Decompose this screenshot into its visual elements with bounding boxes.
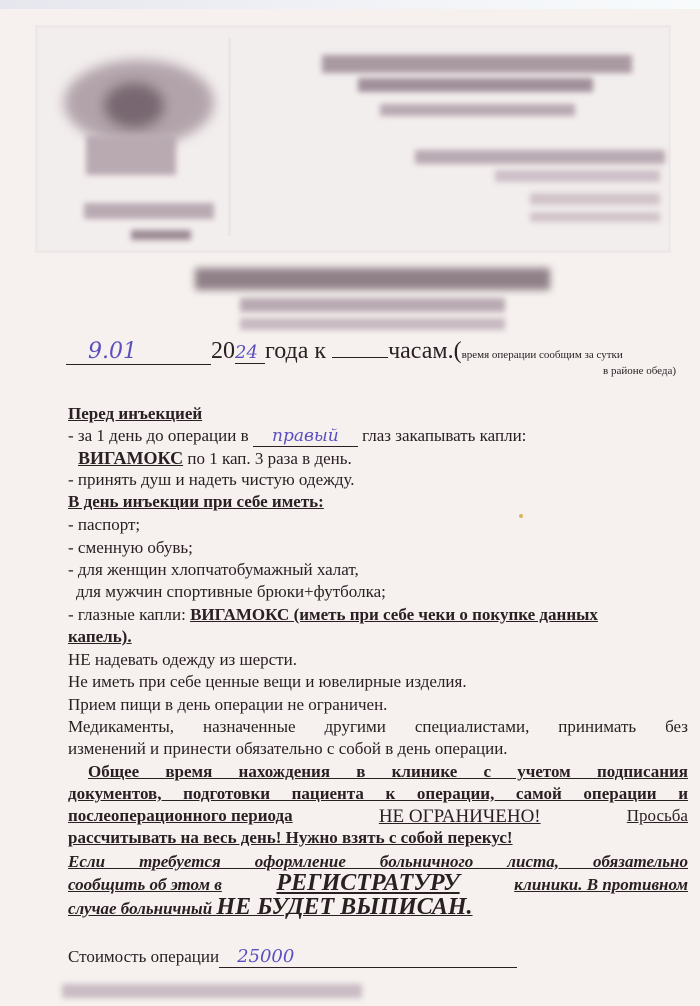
instruction-suffix: глаз закапывать капли: — [362, 426, 526, 445]
rule-food: Прием пищи в день операции не ограничен. — [68, 695, 387, 715]
eye-drops-prefix: - глазные капли: — [68, 605, 190, 624]
footer-redacted — [62, 984, 362, 998]
day-of-injection-heading: В день инъекции при себе иметь: — [68, 492, 324, 512]
rule-no-valuables: Не иметь при себе ценные вещи и ювелирны… — [68, 672, 467, 692]
year-prefix: 20 — [211, 338, 235, 364]
sick-leave-line1: Если требуется оформление больничного ли… — [68, 852, 688, 872]
cost-label: Стоимость операции — [68, 947, 219, 966]
sick-leave-line3-a: случае больничный — [68, 899, 212, 918]
list-item: - для женщин хлопчатобумажный халат, — [68, 560, 359, 580]
cost-field[interactable]: 25000 — [219, 946, 517, 968]
year-word: года к — [265, 338, 326, 364]
before-injection-heading: Перед инъекцией — [68, 404, 202, 424]
medications-line1: Медикаменты, назначенные другими специал… — [68, 717, 688, 737]
total-time-line4: рассчитывать на весь день! Нужно взять с… — [68, 828, 513, 848]
eye-side-field[interactable]: правый — [253, 426, 358, 447]
eye-drops-receipt-note-cont: капель). — [68, 627, 132, 647]
not-issued-text: НЕ БУДЕТ ВЫПИСАН. — [216, 894, 472, 920]
drug-name: ВИГАМОКС — [78, 448, 183, 468]
sick-leave-line2: сообщить об этом в РЕГИСТРАТУРУ клиники.… — [68, 870, 688, 897]
list-item: - сменную обувь; — [68, 538, 193, 558]
scan-top-edge — [0, 0, 700, 9]
sick-leave-line3: случае больничный НЕ БУДЕТ ВЫПИСАН. — [68, 894, 473, 921]
eye-drops-receipt-note: ВИГАМОКС (иметь при себе чеки о покупке … — [190, 605, 598, 624]
shower-instruction: - принять душ и надеть чистую одежду. — [68, 470, 355, 490]
total-time-line1: Общее время нахождения в клинике с учето… — [88, 762, 688, 782]
total-time-line2: документов, подготовки пациента к операц… — [68, 784, 688, 804]
operation-cost-row: Стоимость операции25000 — [68, 946, 517, 968]
sick-leave-line2-a: сообщить об этом в — [68, 875, 222, 895]
sick-leave-line2-b: клиники. В противном — [514, 875, 688, 895]
time-note: время операции сообщим за сутки — [462, 349, 623, 361]
clinic-logo-icon — [46, 35, 226, 235]
list-item: для мужчин спортивные брюки+футболка; — [76, 582, 386, 602]
total-time-line3: послеоперационного периода НЕ ОГРАНИЧЕНО… — [68, 806, 688, 828]
total-time-line3-a: послеоперационного периода — [68, 806, 293, 828]
list-item: - паспорт; — [68, 515, 140, 535]
registry-text: РЕГИСТРАТУРУ — [276, 870, 459, 897]
year-suffix-field[interactable]: 24 — [235, 342, 265, 364]
rule-no-wool: НЕ надевать одежду из шерсти. — [68, 650, 297, 670]
hours-field[interactable] — [332, 357, 388, 358]
paper-speck — [519, 514, 523, 518]
time-note-line2: в районе обеда) — [603, 365, 676, 377]
operation-date-row: 9.012024года к часам.(время операции соо… — [66, 338, 623, 365]
not-limited-text: НЕ ОГРАНИЧЕНО! — [379, 806, 541, 828]
date-day-month-field[interactable]: 9.01 — [66, 339, 211, 365]
instruction-prefix: - за 1 день до операции в — [68, 426, 249, 445]
drug-dosage: ВИГАМОКС по 1 кап. 3 раза в день. — [78, 448, 352, 469]
dosage-text: по 1 кап. 3 раза в день. — [187, 449, 351, 468]
eye-drops-item: - глазные капли: ВИГАМОКС (иметь при себ… — [68, 605, 598, 625]
eye-drops-instruction: - за 1 день до операции в правый глаз за… — [68, 426, 526, 447]
medications-line2: изменений и принести обязательно с собой… — [68, 739, 508, 759]
hours-word: часам.( — [388, 338, 462, 364]
request-text: Просьба — [627, 806, 688, 828]
letterhead-divider — [228, 38, 231, 236]
